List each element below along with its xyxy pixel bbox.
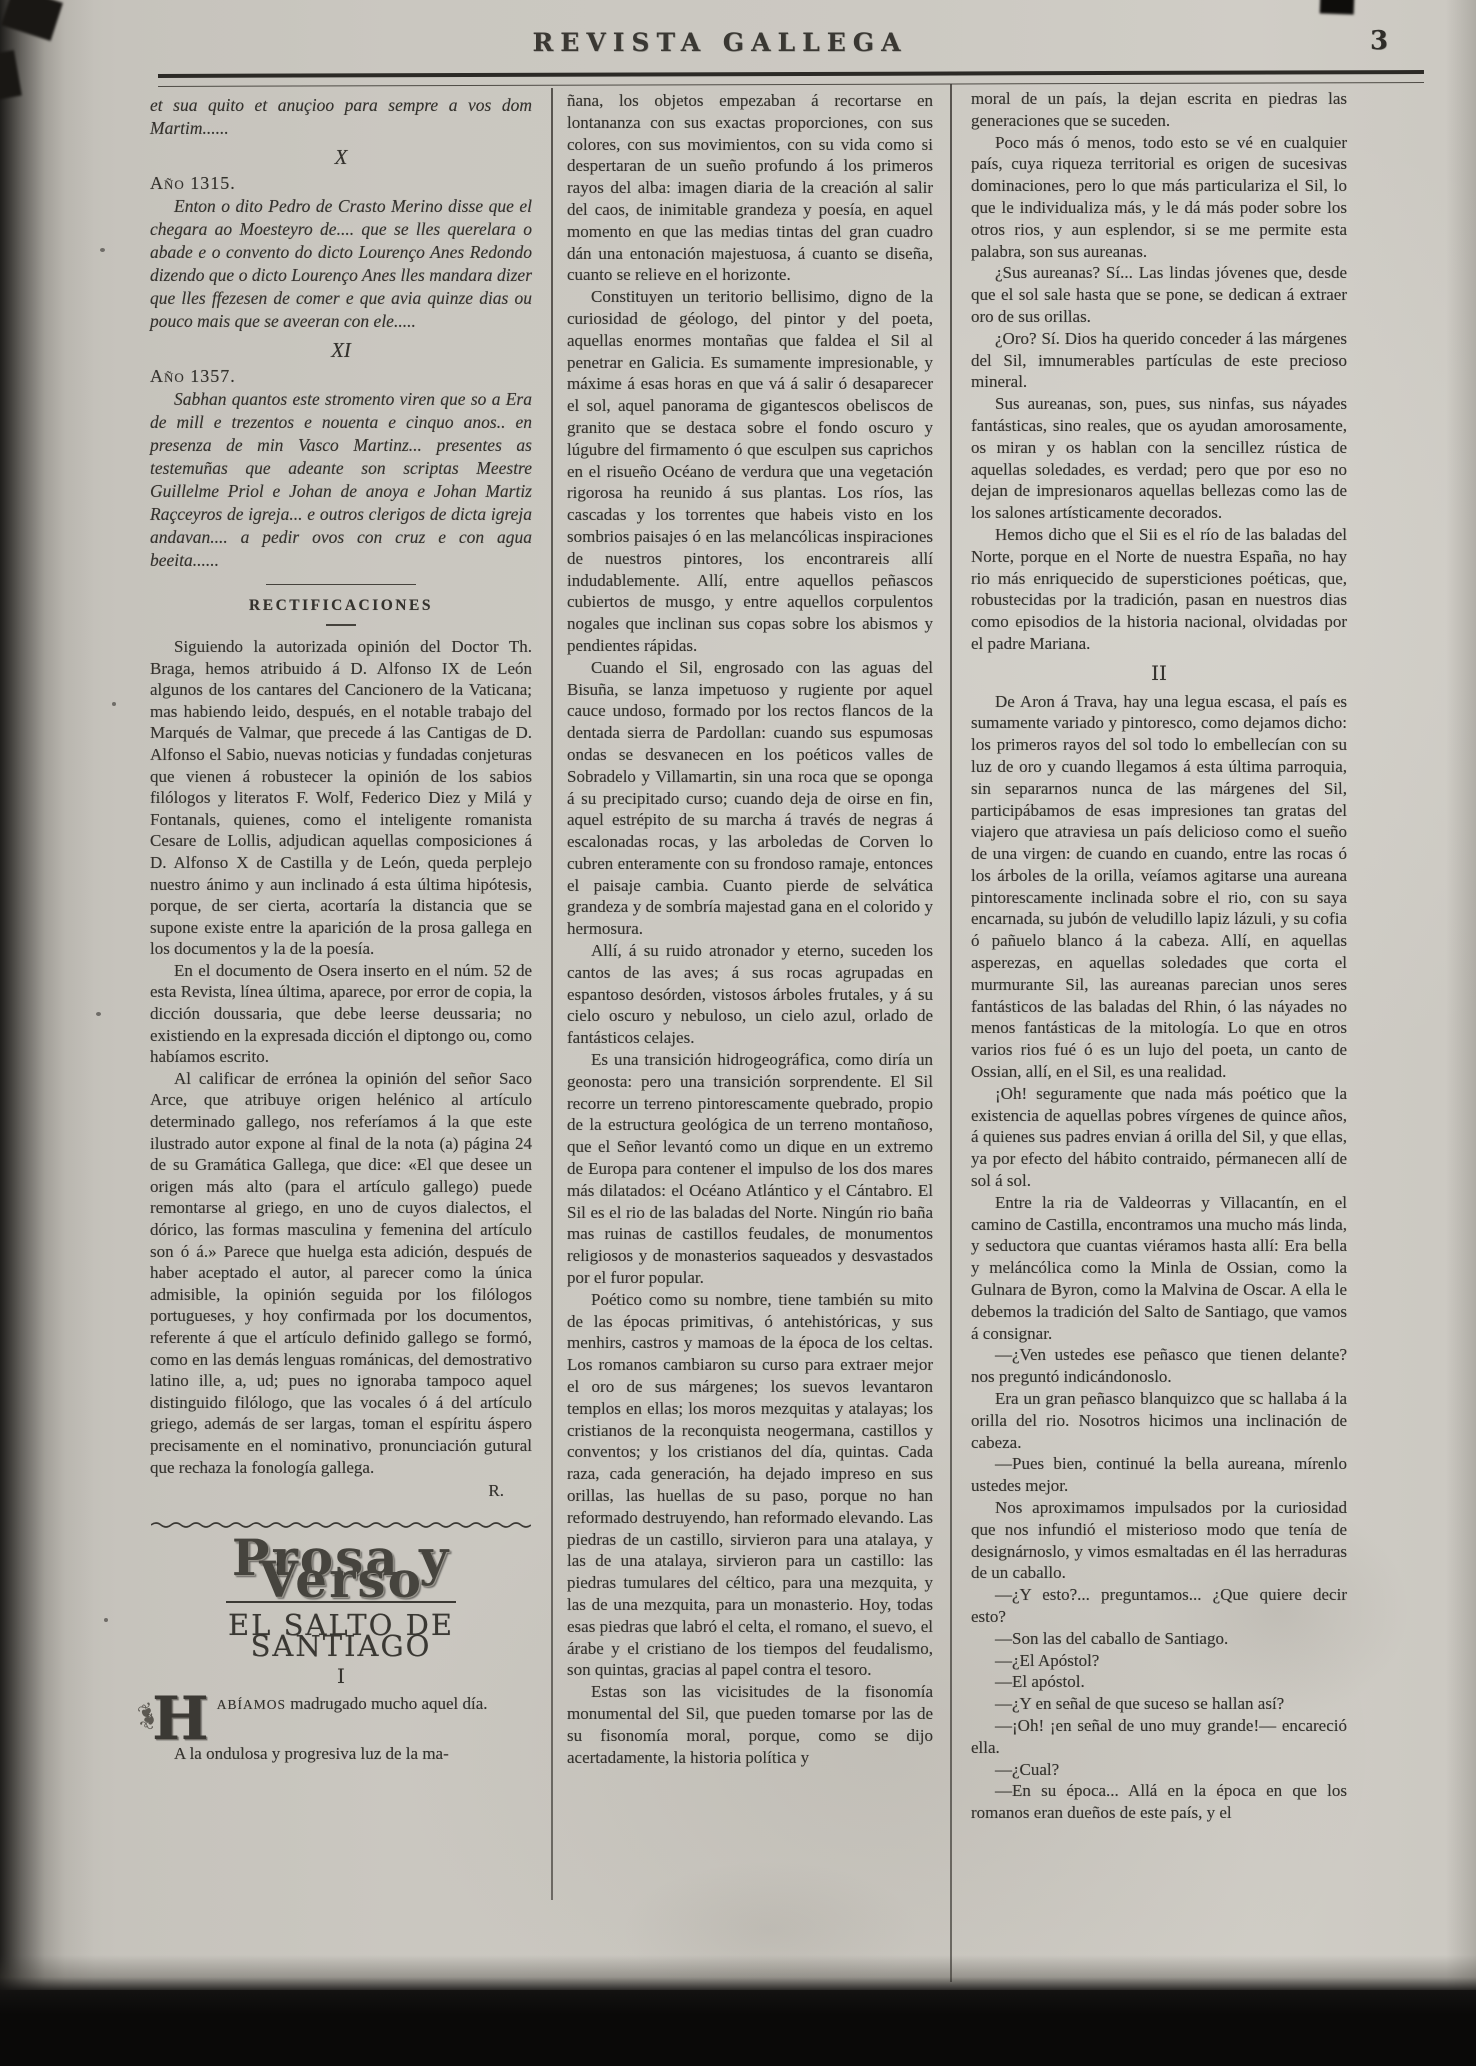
ink-speck	[112, 702, 116, 706]
opening-text: madrugado mucho aquel día.	[286, 1694, 488, 1713]
section-number-x: X	[150, 147, 532, 169]
paragraph: Siguiendo la autorizada opinión del Doct…	[150, 636, 532, 960]
paragraph: Allí, á su ruido atronador y eterno, suc…	[567, 940, 933, 1049]
section-number-xi: XI	[150, 340, 532, 362]
section-rule	[266, 584, 416, 585]
heading-dash	[326, 624, 356, 626]
paragraph: Entre la ria de Valdeorras y Villacantín…	[971, 1192, 1347, 1345]
ink-speck	[100, 248, 105, 252]
ink-speck	[96, 1012, 101, 1016]
paragraph: —¿Y en señal de que suceso se hallan así…	[971, 1693, 1347, 1715]
paragraph: —¿Cual?	[971, 1759, 1347, 1781]
year-1357: Año 1357.	[150, 366, 532, 388]
article-title: EL SALTO DE SANTIAGO	[150, 1615, 532, 1658]
paragraph: ¡Oh! seguramente que nada más poético qu…	[971, 1083, 1347, 1192]
column-middle: ñana, los objetos empezaban á recortarse…	[567, 90, 933, 1768]
ink-speck	[104, 1618, 108, 1622]
ornamental-dropcap: ❦H❦	[150, 1693, 217, 1743]
column-divider-left	[551, 88, 553, 1900]
column-left: et sua quito et anuçioo para sempre a vo…	[150, 94, 532, 1765]
paragraph: —¡Oh! ¡en señal de uno muy grande!— enca…	[971, 1715, 1347, 1759]
paragraph: ¿Oro? Sí. Dios ha querido conceder á las…	[971, 328, 1347, 393]
paragraph: ¿Sus aureanas? Sí... Las lindas jóvenes …	[971, 262, 1347, 327]
paragraph: —¿Ven ustedes ese peñasco que tienen del…	[971, 1344, 1347, 1388]
photo-corner-mark	[1320, 0, 1355, 15]
wavy-divider-line	[151, 1520, 531, 1528]
paragraph: —¿Y esto?... preguntamos... ¿Que quiere …	[971, 1584, 1347, 1628]
paragraph: Poco más ó menos, todo esto se vé en cua…	[971, 132, 1347, 263]
page-title: REVISTA GALLEGA	[160, 28, 1280, 57]
document-quote-1357: Sabhan quantos este stromento viren que …	[150, 388, 532, 572]
dropcap-letter: H	[152, 1684, 209, 1754]
paragraph: En el documento de Osera inserto en el n…	[150, 960, 532, 1068]
paragraph: —¿El Apóstol?	[971, 1650, 1347, 1672]
paragraph: Es una transición hidrogeográfica, como …	[567, 1049, 933, 1289]
paragraph: —Pues bien, continué la bella aureana, m…	[971, 1453, 1347, 1497]
paragraph: Sus aureanas, son, pues, sus ninfas, sus…	[971, 393, 1347, 524]
paragraph: —En su época... Allá en la época en que …	[971, 1780, 1347, 1824]
scanned-magazine-page: REVISTA GALLEGA 3 et sua quito et anuçio…	[0, 0, 1476, 2066]
paragraph: Poético como su nombre, tiene también su…	[567, 1289, 933, 1681]
book-gutter-shadow	[0, 0, 95, 1990]
rectificaciones-heading: RECTIFICACIONES	[150, 595, 532, 617]
paragraph: Nos aproximamos impulsados por la curios…	[971, 1497, 1347, 1584]
paragraph: Hemos dicho que el Sii es el río de las …	[971, 524, 1347, 655]
document-quote-1315: Enton o dito Pedro de Crasto Merino diss…	[150, 195, 532, 333]
paragraph: De Aron á Trava, hay una legua escasa, e…	[971, 691, 1347, 1083]
paragraph: moral de un país, la dejan escrita en pi…	[971, 88, 1347, 132]
column-right: moral de un país, la dejan escrita en pi…	[971, 88, 1347, 1824]
document-quote-intro: et sua quito et anuçioo para sempre a vo…	[150, 94, 532, 140]
paper-right-shading	[1446, 0, 1476, 1990]
paragraph: Era un gran peñasco blanquizco que sc ha…	[971, 1388, 1347, 1453]
opening-smallcaps: ABÍAMOS	[217, 1697, 286, 1712]
paragraph: Estas son las vicisitudes de la fisonomí…	[567, 1681, 933, 1768]
photo-bottom-edge	[0, 1955, 1476, 2066]
year-1315: Año 1315.	[150, 173, 532, 195]
paragraph: —El apóstol.	[971, 1671, 1347, 1693]
paragraph: Constituyen un teritorio bellisimo, dign…	[567, 286, 933, 657]
paragraph: Al calificar de errónea la opinión del s…	[150, 1068, 532, 1478]
opening-paragraph: ❦H❦ABÍAMOS madrugado mucho aquel día.	[150, 1693, 532, 1716]
column-divider-right	[950, 84, 952, 1982]
chapter-number-ii: II	[971, 663, 1347, 685]
page-number: 3	[1370, 26, 1430, 56]
paragraph: Cuando el Sil, engrosado con las aguas d…	[567, 657, 933, 940]
paragraph: —Son las del caballo de Santiago.	[971, 1628, 1347, 1650]
prosa-y-verso-heading: Prosa y Verso	[150, 1547, 532, 1590]
author-initial: R.	[150, 1480, 532, 1502]
paragraph: ñana, los objetos empezaban á recortarse…	[567, 90, 933, 286]
